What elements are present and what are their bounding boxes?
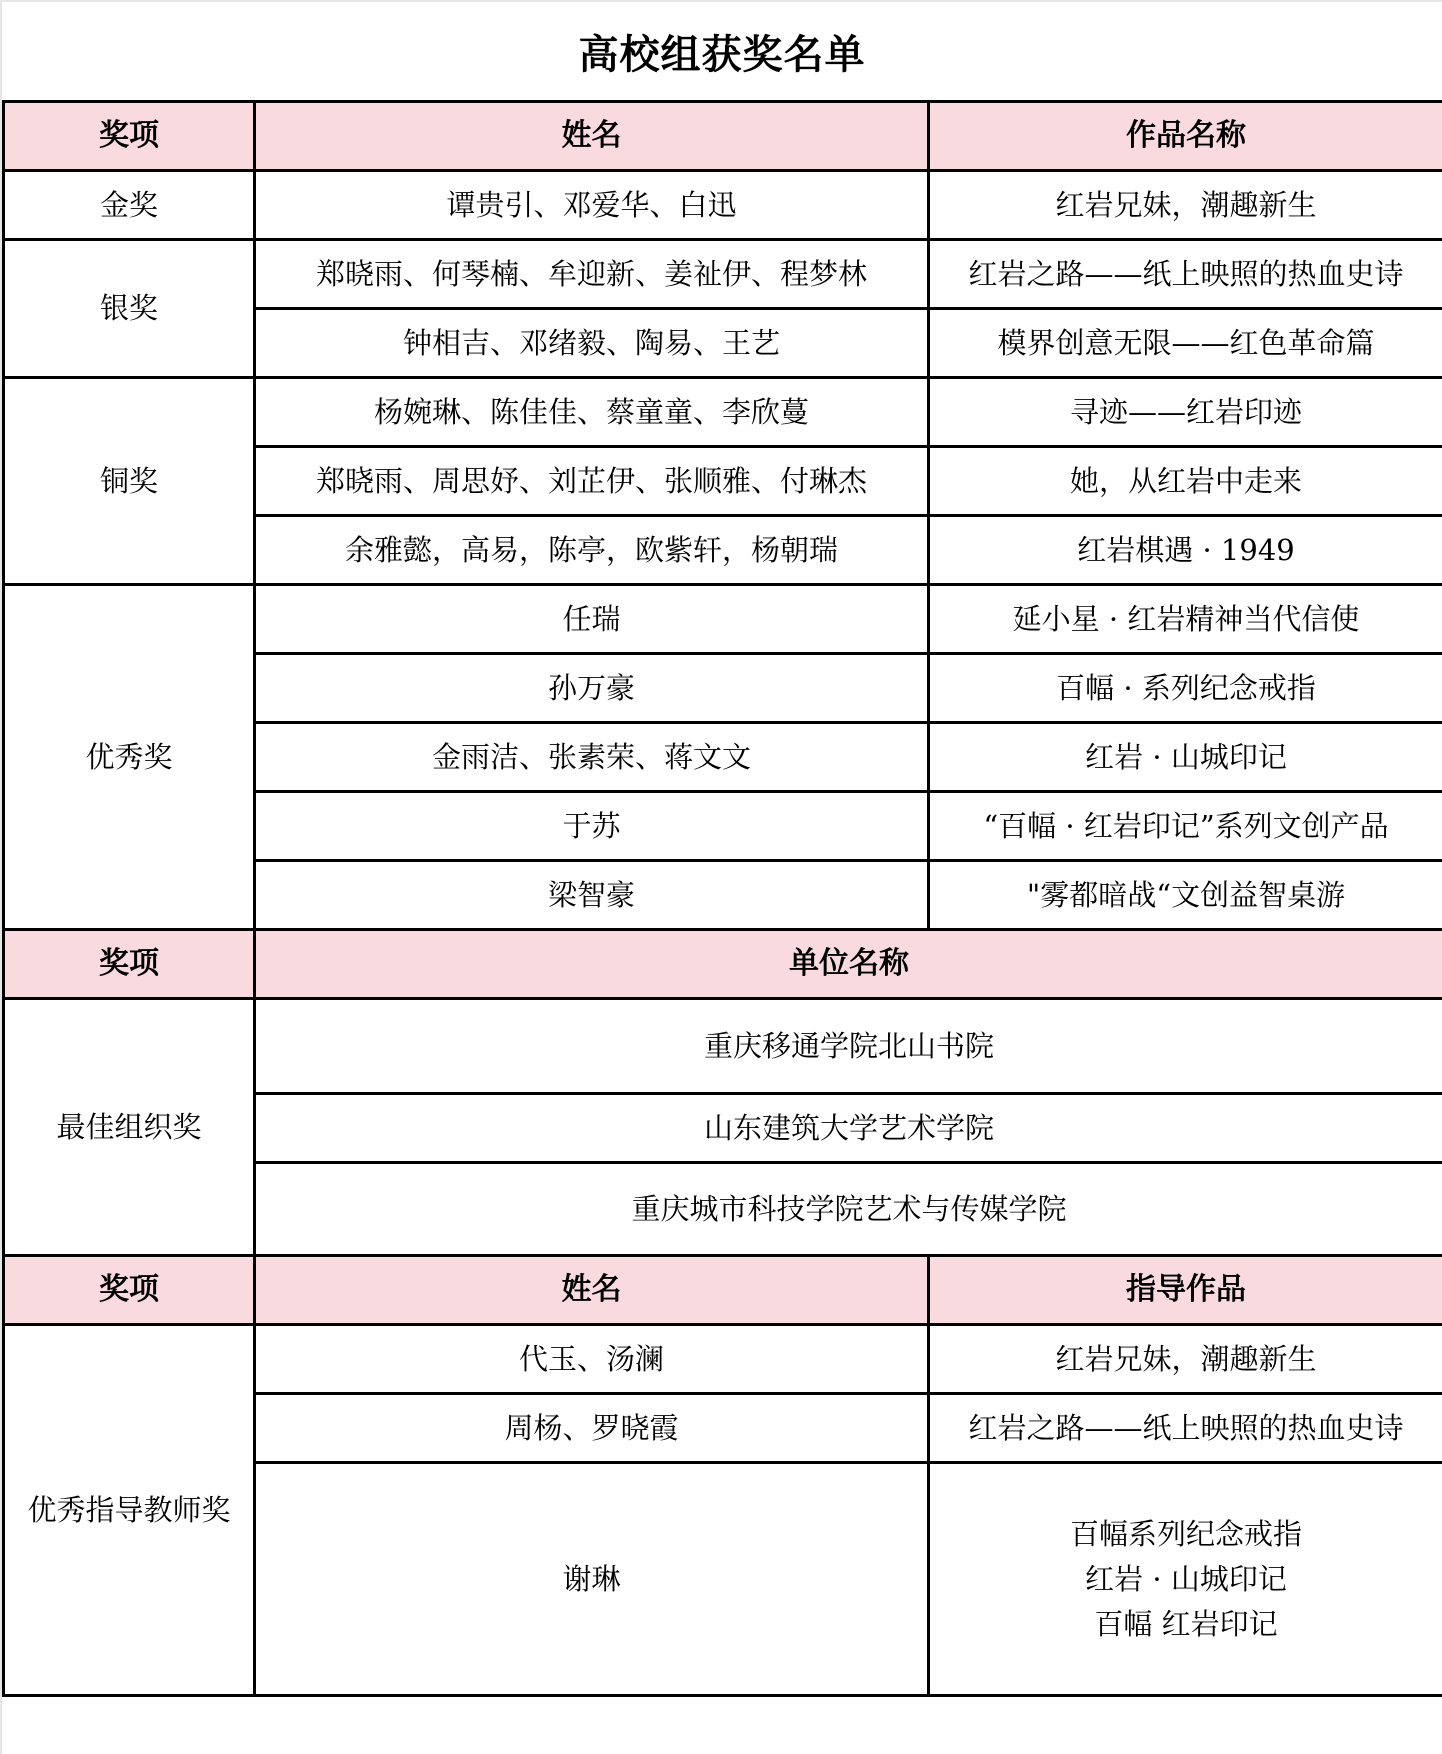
- header-award: 奖项: [4, 930, 255, 999]
- names-cell: 钟相吉、邓绪毅、陶易、王艺: [255, 309, 929, 378]
- work-cell: 寻迹——红岩印迹: [929, 378, 1442, 447]
- table-row: 银奖 郑晓雨、何琴楠、牟迎新、姜祉伊、程梦林 红岩之路——纸上映照的热血史诗: [4, 240, 1442, 309]
- header-work-title: 作品名称: [929, 102, 1442, 171]
- award-excellence: 优秀奖: [4, 585, 255, 930]
- header-names: 姓名: [255, 102, 929, 171]
- award-gold: 金奖: [4, 171, 255, 240]
- work-cell: "雾都暗战“文创益智桌游: [929, 861, 1442, 930]
- unit-cell: 山东建筑大学艺术学院: [255, 1094, 1442, 1163]
- names-cell: 孙万豪: [255, 654, 929, 723]
- work-cell: 模界创意无限——红色革命篇: [929, 309, 1442, 378]
- header-names: 姓名: [255, 1256, 929, 1325]
- table-row: 铜奖 杨婉琳、陈佳佳、蔡童童、李欣蔓 寻迹——红岩印迹: [4, 378, 1442, 447]
- header-award: 奖项: [4, 1256, 255, 1325]
- header-guided-works: 指导作品: [929, 1256, 1442, 1325]
- work-cell: 红岩之路——纸上映照的热血史诗: [929, 240, 1442, 309]
- names-cell: 郑晓雨、周思妤、刘芷伊、张顺雅、付琳杰: [255, 447, 929, 516]
- names-cell: 任瑞: [255, 585, 929, 654]
- names-cell: 周杨、罗晓霞: [255, 1394, 929, 1463]
- work-line: 红岩 · 山城印记: [930, 1557, 1442, 1602]
- table-row: 金奖 谭贵引、邓爱华、白迅 红岩兄妹，潮趣新生: [4, 171, 1442, 240]
- work-cell: 红岩兄妹，潮趣新生: [929, 171, 1442, 240]
- names-cell: 谢琳: [255, 1463, 929, 1696]
- work-cell-multi: 百幅系列纪念戒指 红岩 · 山城印记 百幅 红岩印记: [929, 1463, 1442, 1696]
- names-cell: 郑晓雨、何琴楠、牟迎新、姜祉伊、程梦林: [255, 240, 929, 309]
- work-cell: 红岩之路——纸上映照的热血史诗: [929, 1394, 1442, 1463]
- names-cell: 于苏: [255, 792, 929, 861]
- work-cell: 红岩棋遇 · 1949: [929, 516, 1442, 585]
- table-row: 优秀奖 任瑞 延小星 · 红岩精神当代信使: [4, 585, 1442, 654]
- org-header-row: 奖项 单位名称: [4, 930, 1442, 999]
- names-cell: 谭贵引、邓爱华、白迅: [255, 171, 929, 240]
- works-header-row: 奖项 姓名 作品名称: [4, 102, 1442, 171]
- work-cell: 她，从红岩中走来: [929, 447, 1442, 516]
- work-cell: 红岩兄妹，潮趣新生: [929, 1325, 1442, 1394]
- names-cell: 杨婉琳、陈佳佳、蔡童童、李欣蔓: [255, 378, 929, 447]
- table-row: 最佳组织奖 重庆移通学院北山书院: [4, 999, 1442, 1094]
- work-cell: 延小星 · 红岩精神当代信使: [929, 585, 1442, 654]
- work-cell: 红岩 · 山城印记: [929, 723, 1442, 792]
- teacher-header-row: 奖项 姓名 指导作品: [4, 1256, 1442, 1325]
- award-excellent-instructor: 优秀指导教师奖: [4, 1325, 255, 1696]
- work-cell: “百幅 · 红岩印记”系列文创产品: [929, 792, 1442, 861]
- award-silver: 银奖: [4, 240, 255, 378]
- header-unit-name: 单位名称: [255, 930, 1442, 999]
- awards-table: 奖项 姓名 作品名称 金奖 谭贵引、邓爱华、白迅 红岩兄妹，潮趣新生 银奖 郑晓…: [2, 100, 1442, 1697]
- names-cell: 代玉、汤澜: [255, 1325, 929, 1394]
- unit-cell: 重庆城市科技学院艺术与传媒学院: [255, 1163, 1442, 1256]
- names-cell: 金雨洁、张素荣、蒋文文: [255, 723, 929, 792]
- work-line: 百幅 红岩印记: [930, 1602, 1442, 1647]
- work-cell: 百幅 · 系列纪念戒指: [929, 654, 1442, 723]
- unit-cell: 重庆移通学院北山书院: [255, 999, 1442, 1094]
- page-title: 高校组获奖名单: [2, 2, 1442, 100]
- header-award: 奖项: [4, 102, 255, 171]
- names-cell: 梁智豪: [255, 861, 929, 930]
- award-bronze: 铜奖: [4, 378, 255, 585]
- names-cell: 余雅懿，高易，陈亭，欧紫轩，杨朝瑞: [255, 516, 929, 585]
- work-line: 百幅系列纪念戒指: [930, 1512, 1442, 1557]
- award-list-sheet: 高校组获奖名单 奖项 姓名 作品名称 金奖 谭贵引、邓爱华、白迅 红岩兄妹，潮趣…: [2, 2, 1442, 1754]
- award-best-organization: 最佳组织奖: [4, 999, 255, 1256]
- table-row: 优秀指导教师奖 代玉、汤澜 红岩兄妹，潮趣新生: [4, 1325, 1442, 1394]
